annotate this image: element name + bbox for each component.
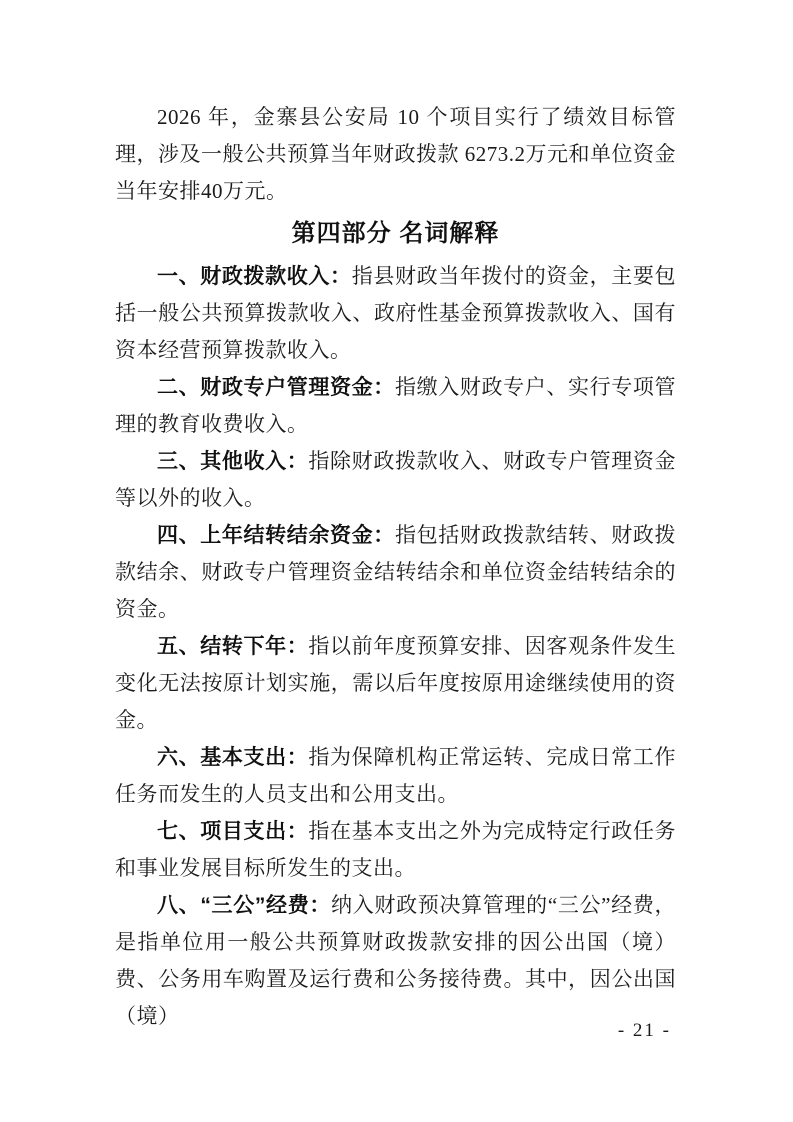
term-name-2: 二、财政专户管理资金： xyxy=(157,376,395,399)
term-paragraph-7: 七、项目支出：指在基本支出之外为完成特定行政任务和事业发展目标所发生的支出。 xyxy=(115,813,676,887)
term-name-5: 五、结转下年： xyxy=(157,635,308,658)
term-name-6: 六、基本支出： xyxy=(157,746,308,769)
document-page: 2026 年，金寨县公安局 10 个项目实行了绩效目标管理，涉及一般公共预算当年… xyxy=(0,0,793,1122)
term-paragraph-1: 一、财政拨款收入：指县财政当年拨付的资金，主要包括一般公共预算拨款收入、政府性基… xyxy=(115,258,676,369)
term-paragraph-4: 四、上年结转结余资金：指包括财政拨款结转、财政拨款结余、财政专户管理资金结转结余… xyxy=(115,517,676,628)
term-paragraph-6: 六、基本支出：指为保障机构正常运转、完成日常工作任务而发生的人员支出和公用支出。 xyxy=(115,739,676,813)
term-paragraph-5: 五、结转下年：指以前年度预算安排、因客观条件发生变化无法按原计划实施，需以后年度… xyxy=(115,628,676,739)
term-paragraph-3: 三、其他收入：指除财政拨款收入、财政专户管理资金等以外的收入。 xyxy=(115,443,676,517)
page-number: - 21 - xyxy=(618,1020,671,1042)
term-name-7: 七、项目支出： xyxy=(157,820,308,843)
term-name-8: 八、“三公”经费： xyxy=(157,894,331,917)
document-content: 2026 年，金寨县公安局 10 个项目实行了绩效目标管理，涉及一般公共预算当年… xyxy=(0,0,793,1035)
section-heading: 第四部分 名词解释 xyxy=(115,212,676,256)
term-name-1: 一、财政拨款收入： xyxy=(157,265,352,288)
intro-paragraph: 2026 年，金寨县公安局 10 个项目实行了绩效目标管理，涉及一般公共预算当年… xyxy=(115,99,676,210)
term-name-4: 四、上年结转结余资金： xyxy=(157,524,395,547)
term-paragraph-2: 二、财政专户管理资金：指缴入财政专户、实行专项管理的教育收费收入。 xyxy=(115,369,676,443)
term-paragraph-8: 八、“三公”经费：纳入财政预决算管理的“三公”经费，是指单位用一般公共预算财政拨… xyxy=(115,887,676,1035)
term-name-3: 三、其他收入： xyxy=(157,450,308,473)
